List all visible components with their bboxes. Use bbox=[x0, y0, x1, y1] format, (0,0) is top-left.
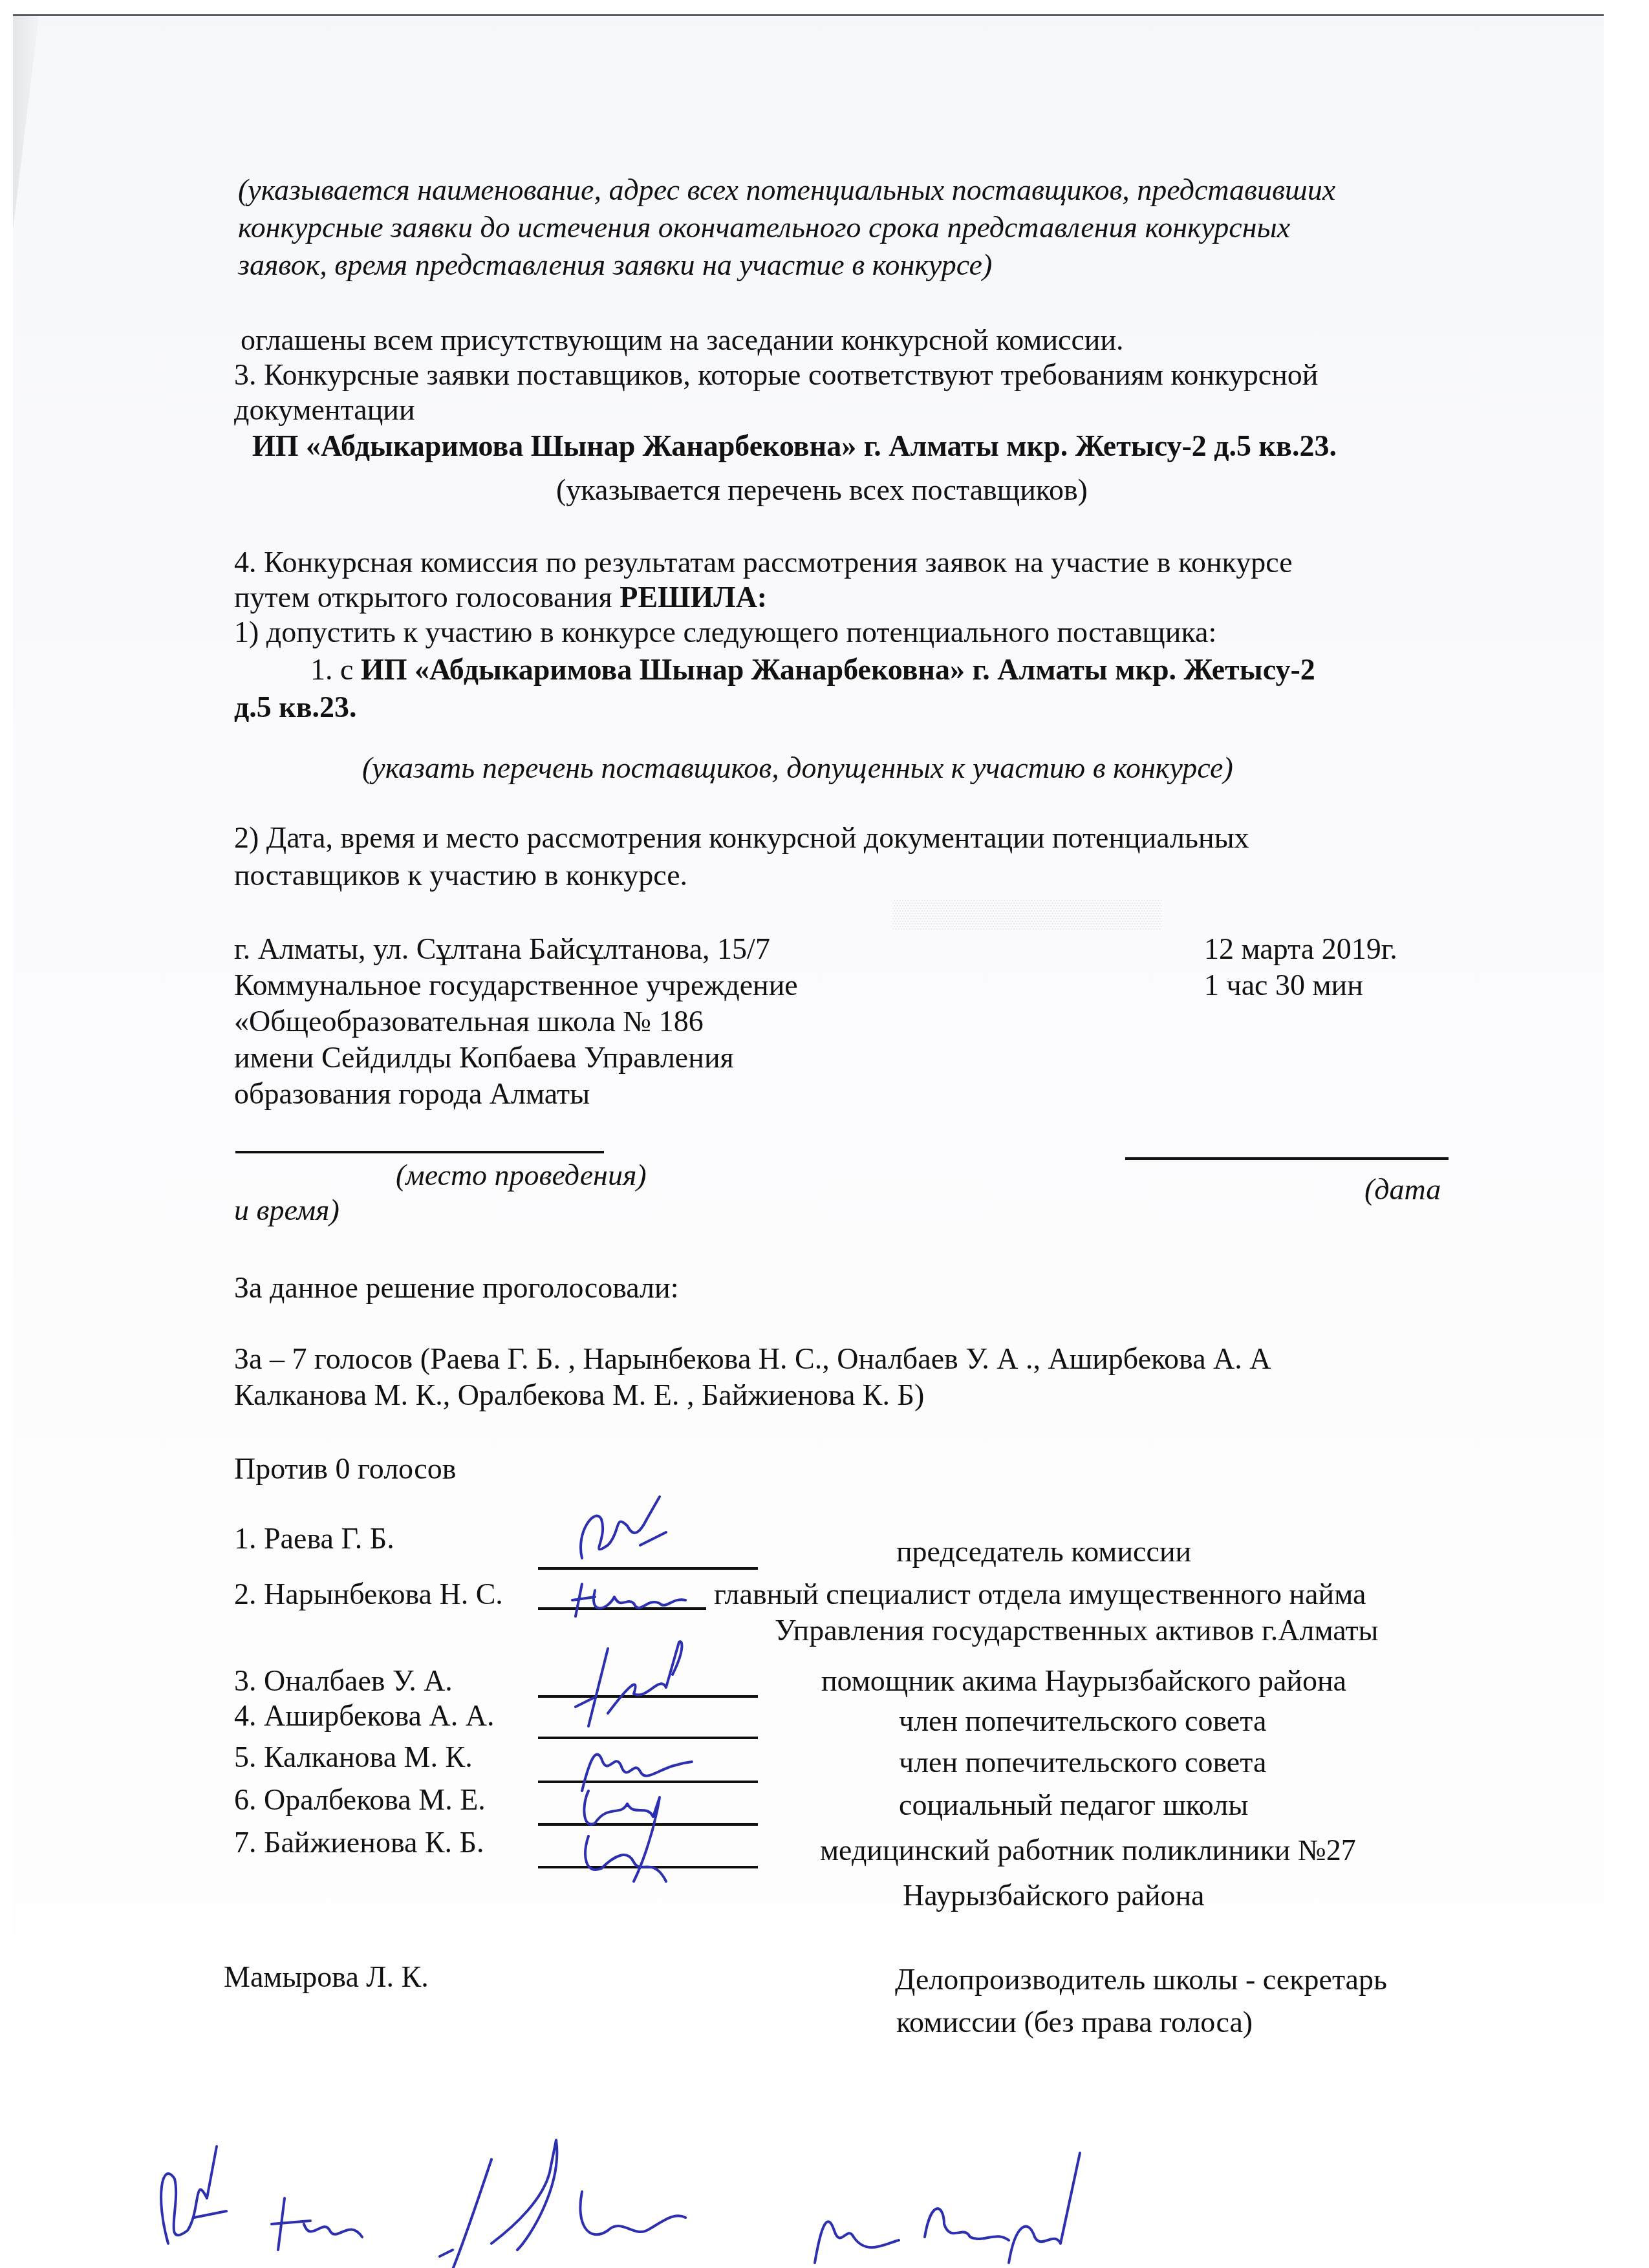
secretary-role-line-2: комиссии (без права голоса) bbox=[896, 2004, 1253, 2040]
signature-narynbekova-icon bbox=[569, 1578, 698, 1629]
secretary-role-line-1: Делопроизводитель школы - секретарь bbox=[895, 1962, 1387, 1998]
signatory-role-5: член попечительского совета bbox=[899, 1744, 1266, 1781]
section3-note: (указывается перечень всех поставщиков) bbox=[556, 472, 1088, 508]
signatory-role-3: помощник акима Наурызбайского района bbox=[821, 1663, 1346, 1699]
signatory-name-7: 7. Байжиенова К. Б. bbox=[234, 1824, 484, 1861]
signatory-role-7-continued: Наурызбайского района bbox=[903, 1878, 1205, 1914]
meeting-time: 1 час 30 мин bbox=[1204, 967, 1363, 1003]
intro-italic-line-3: заявок, время представления заявки на уч… bbox=[238, 247, 992, 283]
date-underline bbox=[1125, 1157, 1449, 1160]
admitted-supplier-line-2: д.5 кв.23. bbox=[234, 689, 357, 725]
votes-for-line-1: За – 7 голосов (Раева Г. Б. , Нарынбеков… bbox=[234, 1341, 1271, 1377]
venue-org-line-4: образования города Алматы bbox=[234, 1076, 590, 1112]
signatory-name-4: 4. Аширбекова А. А. bbox=[234, 1698, 494, 1734]
voting-heading: За данное решение проголосовали: bbox=[234, 1270, 678, 1306]
venue-org-line-2: «Общеобразовательная школа № 186 bbox=[234, 1003, 704, 1040]
bottom-signatures-icon bbox=[129, 2134, 1617, 2268]
secretary-name: Мамырова Л. К. bbox=[224, 1959, 429, 1995]
signatory-role-4: член попечительского совета bbox=[899, 1703, 1266, 1739]
signature-oralbekova-baizhienova-icon bbox=[569, 1778, 698, 1888]
intro-italic-line-2: конкурсные заявки до истечения окончател… bbox=[238, 209, 1290, 246]
page-fold-corner bbox=[13, 16, 39, 230]
section4-line-2-text: путем открытого голосования bbox=[234, 581, 620, 614]
decision-keyword: РЕШИЛА: bbox=[620, 581, 767, 614]
meeting-date: 12 марта 2019г. bbox=[1204, 931, 1397, 967]
section3-supplier: ИП «Абдыкаримова Шынар Жанарбековна» г. … bbox=[252, 428, 1337, 464]
date-caption-continued: и время) bbox=[234, 1192, 339, 1228]
signatory-role-1: председатель комиссии bbox=[896, 1534, 1191, 1570]
admitted-prefix: 1. с bbox=[310, 653, 361, 686]
section4-item-1: 1) допустить к участию в конкурсе следую… bbox=[234, 614, 1216, 650]
section3-line-2: документации bbox=[234, 392, 415, 428]
date-caption: (дата bbox=[1364, 1171, 1441, 1208]
admitted-supplier-name: ИП «Абдыкаримова Шынар Жанарбековна» г. … bbox=[361, 653, 1315, 686]
signatory-role-6: социальный педагог школы bbox=[899, 1787, 1248, 1823]
section4-item-2-line-2: поставщиков к участию в конкурсе. bbox=[234, 857, 687, 893]
place-caption: (место проведения) bbox=[396, 1157, 647, 1193]
venue-org-line-3: имени Сейдилды Копбаева Управления bbox=[234, 1040, 734, 1076]
signatory-role-7: медицинский работник поликлиники №27 bbox=[820, 1832, 1356, 1868]
announced-line: оглашены всем присутствующим на заседани… bbox=[241, 322, 1124, 358]
bleed-through-text: ▒▒▒▒▒▒▒▒▒▒▒▒▒▒ bbox=[892, 899, 1162, 930]
signatory-name-1: 1. Раева Г. Б. bbox=[234, 1521, 394, 1557]
signature-onalbaev-icon bbox=[569, 1636, 698, 1733]
admitted-supplier-line-1: 1. с ИП «Абдыкаримова Шынар Жанарбековна… bbox=[310, 652, 1315, 688]
signatory-role-2: главный специалист отдела имущественного… bbox=[714, 1576, 1366, 1612]
signatory-name-2: 2. Нарынбекова Н. С. bbox=[234, 1576, 503, 1612]
place-underline bbox=[235, 1151, 604, 1153]
venue-address: г. Алматы, ул. Сұлтана Байсұлтанова, 15/… bbox=[234, 931, 770, 967]
signatory-role-2-continued: Управления государственных активов г.Алм… bbox=[775, 1612, 1378, 1649]
signature-raeva-icon bbox=[569, 1493, 698, 1571]
intro-italic-line-1: (указывается наименование, адрес всех по… bbox=[238, 172, 1335, 208]
signatory-name-3: 3. Оналбаев У. А. bbox=[234, 1663, 453, 1699]
admitted-note: (указать перечень поставщиков, допущенны… bbox=[362, 750, 1233, 786]
signatory-name-5: 5. Калканова М. К. bbox=[234, 1739, 473, 1775]
section4-line-1: 4. Конкурсная комиссия по результатам ра… bbox=[234, 544, 1293, 581]
venue-org-line-1: Коммунальное государственное учреждение bbox=[234, 967, 798, 1003]
section3-line-1: 3. Конкурсные заявки поставщиков, которы… bbox=[234, 357, 1318, 393]
section4-line-2: путем открытого голосования РЕШИЛА: bbox=[234, 579, 767, 615]
section4-item-2-line-1: 2) Дата, время и место рассмотрения конк… bbox=[234, 820, 1249, 856]
signatory-name-6: 6. Оралбекова М. Е. bbox=[234, 1782, 486, 1818]
votes-against: Против 0 голосов bbox=[234, 1451, 456, 1487]
votes-for-line-2: Калканова М. К., Оралбекова М. Е. , Байж… bbox=[234, 1377, 924, 1413]
